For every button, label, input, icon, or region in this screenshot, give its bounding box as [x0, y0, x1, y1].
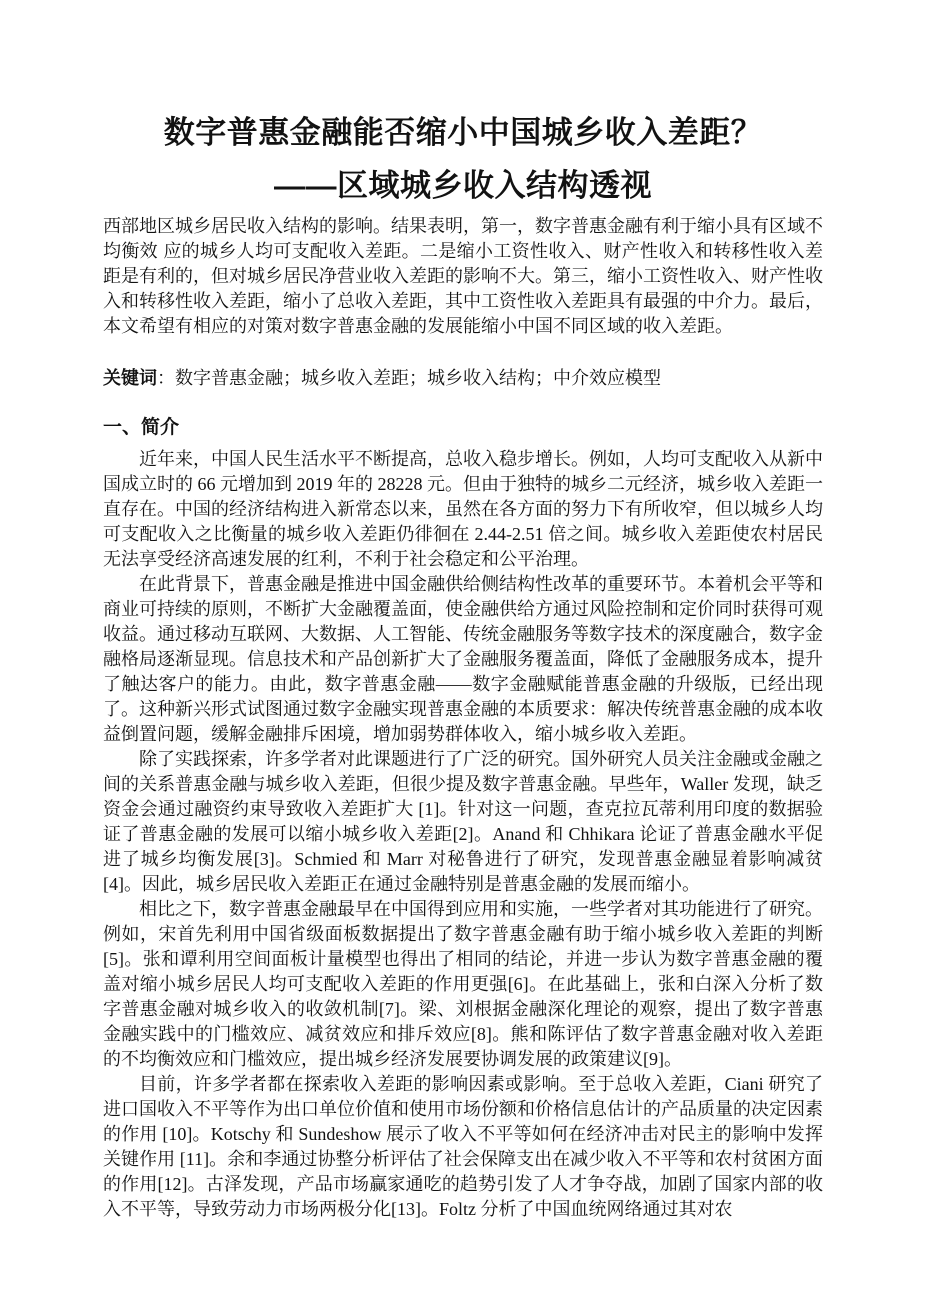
introduction-body: 近年来，中国人民生活水平不断提高，总收入稳步增长。例如，人均可支配收入从新中国成… — [103, 447, 823, 1222]
paper-page: 数字普惠金融能否缩小中国城乡收入差距？ ——区域城乡收入结构透视 西部地区城乡居… — [0, 0, 926, 1309]
paper-subtitle: ——区域城乡收入结构透视 — [103, 164, 823, 208]
keywords-label: 关键词 — [103, 368, 157, 388]
paragraph-4: 相比之下，数字普惠金融最早在中国得到应用和实施，一些学者对其功能进行了研究。例如… — [103, 897, 823, 1072]
paragraph-3: 除了实践探索，许多学者对此课题进行了广泛的研究。国外研究人员关注金融或金融之间的… — [103, 747, 823, 897]
abstract-text: 西部地区城乡居民收入结构的影响。结果表明，第一，数字普惠金融有利于缩小具有区域不… — [103, 214, 823, 339]
keywords-text: ：数字普惠金融；城乡收入差距；城乡收入结构；中介效应模型 — [157, 368, 661, 388]
paragraph-1: 近年来，中国人民生活水平不断提高，总收入稳步增长。例如，人均可支配收入从新中国成… — [103, 447, 823, 572]
paper-title: 数字普惠金融能否缩小中国城乡收入差距？ — [103, 110, 823, 156]
paper-content: 数字普惠金融能否缩小中国城乡收入差距？ ——区域城乡收入结构透视 西部地区城乡居… — [103, 0, 823, 1222]
section-heading-introduction: 一、简介 — [103, 415, 823, 440]
paragraph-2: 在此背景下，普惠金融是推进中国金融供给侧结构性改革的重要环节。本着机会平等和商业… — [103, 572, 823, 747]
paragraph-5: 目前，许多学者都在探索收入差距的影响因素或影响。至于总收入差距，Ciani 研究… — [103, 1072, 823, 1222]
keywords-line: 关键词：数字普惠金融；城乡收入差距；城乡收入结构；中介效应模型 — [103, 366, 823, 391]
